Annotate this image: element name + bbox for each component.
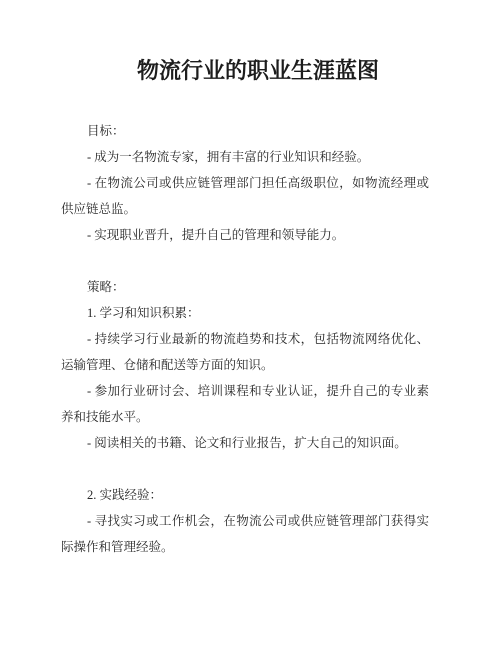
paragraph: - 寻找实习或工作机会，在物流公司或供应链管理部门获得实际操作和管理经验。 xyxy=(61,508,429,560)
paragraph: - 成为一名物流专家，拥有丰富的行业知识和经验。 xyxy=(61,144,429,170)
paragraph: - 实现职业晋升，提升自己的管理和领导能力。 xyxy=(61,222,429,248)
paragraph-section-1-heading: 1. 学习和知识积累： xyxy=(61,300,429,326)
document-title: 物流行业的职业生涯蓝图 xyxy=(61,56,429,86)
blank-line xyxy=(61,248,429,274)
document-body: 目标： - 成为一名物流专家，拥有丰富的行业知识和经验。 - 在物流公司或供应链… xyxy=(61,118,429,560)
paragraph-goal-heading: 目标： xyxy=(61,118,429,144)
paragraph: - 参加行业研讨会、培训课程和专业认证，提升自己的专业素养和技能水平。 xyxy=(61,378,429,430)
paragraph-section-2-heading: 2. 实践经验： xyxy=(61,482,429,508)
blank-line xyxy=(61,456,429,482)
paragraph: - 在物流公司或供应链管理部门担任高级职位，如物流经理或供应链总监。 xyxy=(61,170,429,222)
paragraph: - 阅读相关的书籍、论文和行业报告，扩大自己的知识面。 xyxy=(61,430,429,456)
paragraph: - 持续学习行业最新的物流趋势和技术，包括物流网络优化、运输管理、仓储和配送等方… xyxy=(61,326,429,378)
document-page: 物流行业的职业生涯蓝图 目标： - 成为一名物流专家，拥有丰富的行业知识和经验。… xyxy=(0,0,500,647)
paragraph-strategy-heading: 策略： xyxy=(61,274,429,300)
